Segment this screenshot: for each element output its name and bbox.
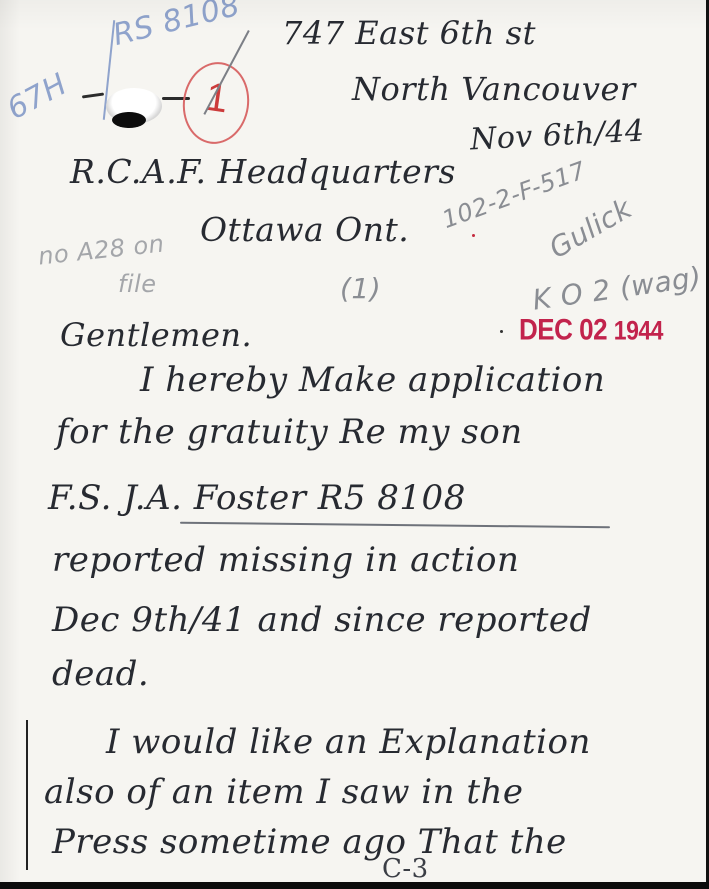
recipient-line-1: R.C.A.F. Headquarters	[70, 152, 456, 191]
letter-page: RS 8108 67H 1 747 East 6th st North Vanc…	[0, 0, 706, 882]
pencil-note-left-1: no A28 on	[37, 229, 166, 270]
letter-date: Nov 6th/44	[469, 113, 645, 157]
side-note-annotation: 67H	[2, 67, 73, 127]
pencil-signature-2: K O 2 (wag)	[531, 260, 704, 316]
stamp-year: 1944	[614, 315, 663, 345]
body-line-2: for the gratuity Re my son	[56, 412, 523, 452]
address-line-2: North Vancouver	[352, 70, 636, 108]
received-date-stamp: DEC 02 1944	[519, 312, 663, 348]
body-line-4: reported missing in action	[52, 540, 519, 580]
stamp-date: DEC 02	[519, 312, 607, 347]
file-reference-annotation: RS 8108	[110, 0, 244, 53]
punch-hole-shadow	[112, 112, 146, 128]
circled-number-text: 1	[203, 75, 231, 123]
body-line-5: Dec 9th/41 and since reported	[52, 600, 592, 640]
red-circled-number: 1	[178, 58, 255, 148]
body-line-9: Press sometime ago That the	[52, 822, 567, 862]
ink-fleck	[500, 330, 503, 333]
pencil-dash	[82, 92, 104, 98]
body-line-1: I hereby Make application	[140, 360, 605, 400]
recipient-line-2: Ottawa Ont.	[200, 210, 409, 249]
ink-fleck	[472, 234, 475, 237]
scan-border-bottom	[0, 882, 709, 889]
body-line-3-son-name: F.S. J.A. Foster R5 8108	[48, 478, 466, 518]
page-number: C-3	[382, 854, 429, 882]
pencil-signature-1: Gulick	[544, 192, 638, 265]
name-underline	[180, 522, 610, 529]
address-line-1: 747 East 6th st	[282, 14, 536, 52]
pencil-paren-number: (1)	[340, 272, 381, 305]
salutation: Gentlemen.	[60, 316, 252, 354]
body-line-7: I would like an Explanation	[106, 722, 591, 762]
body-line-6: dead.	[52, 654, 149, 694]
body-line-8: also of an item I saw in the	[44, 772, 524, 812]
pencil-note-left-2: file	[118, 270, 157, 298]
margin-mark	[26, 720, 28, 870]
